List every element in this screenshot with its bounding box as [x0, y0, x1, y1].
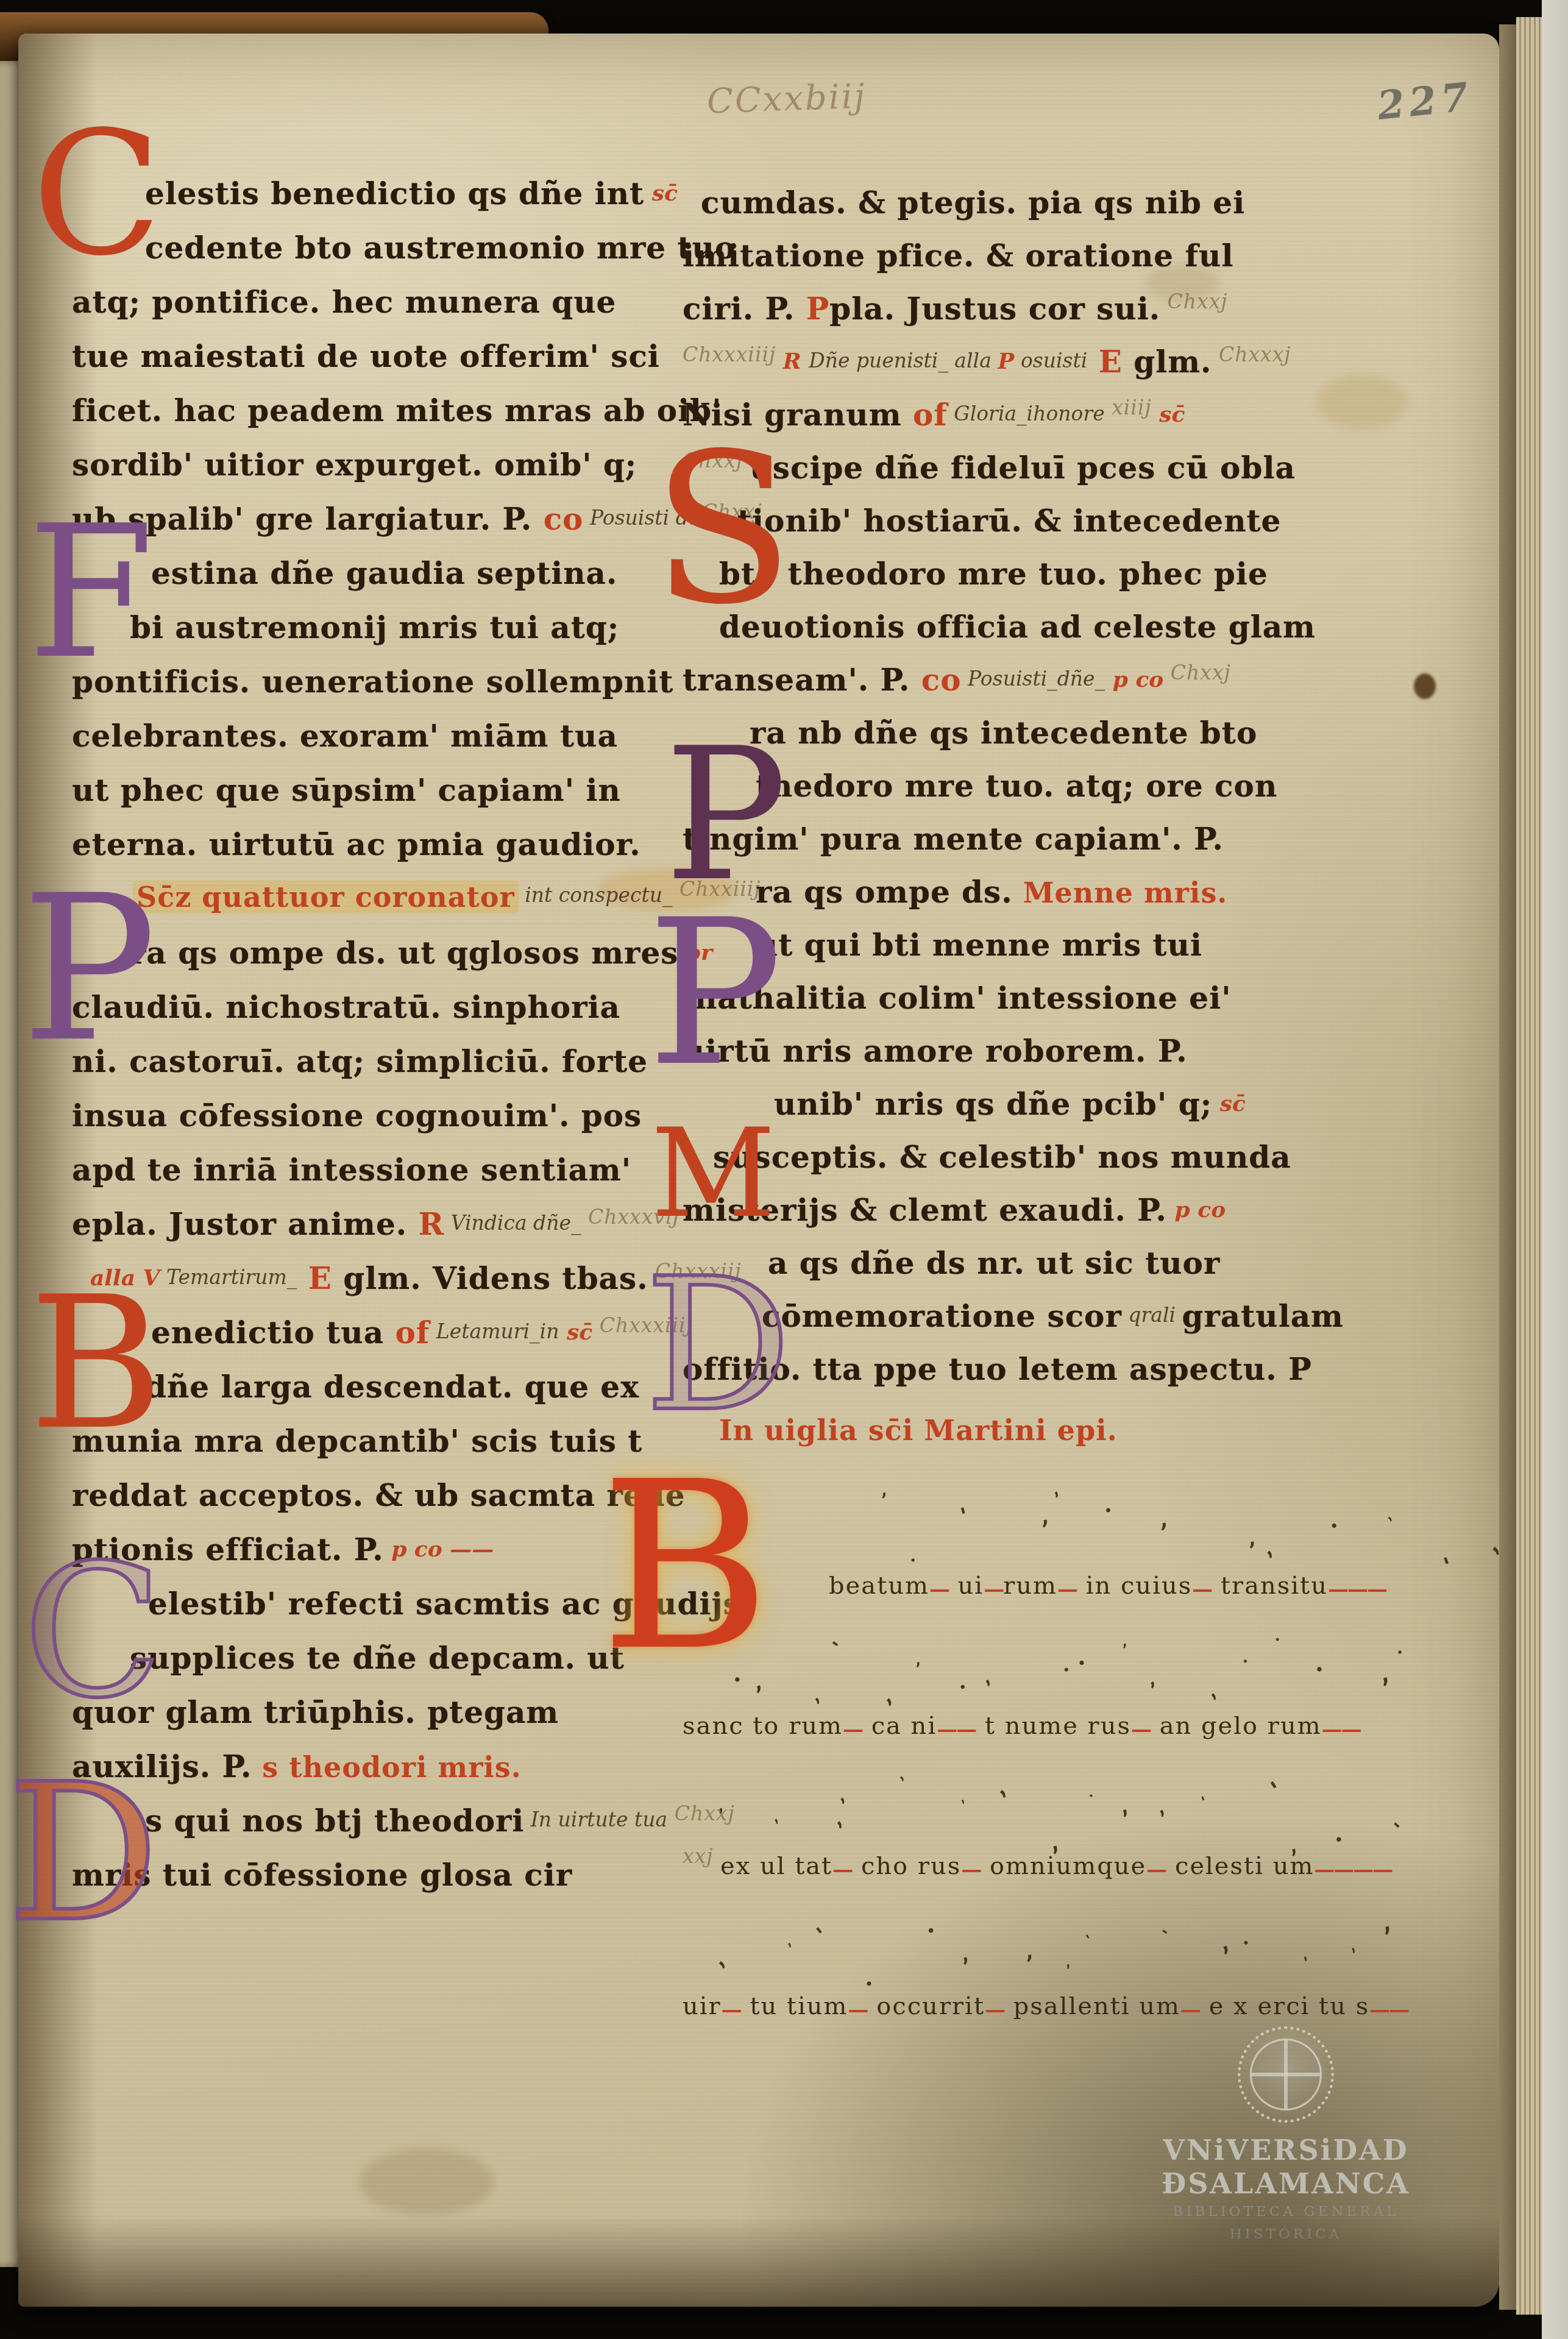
text-segment: — [722, 1998, 741, 2022]
neume-mark: , [955, 1942, 971, 1968]
text-line: cedente bto austremonio mre tuo [72, 231, 687, 285]
text-segment: apd te inriā intessione sentiam' [72, 1152, 631, 1188]
neume-mark: ’ [1385, 1514, 1403, 1528]
text-segment: ———— [1314, 1858, 1392, 1882]
text-segment: omniumque [981, 1852, 1146, 1880]
text-line: mris tui cōfessione glosa cir [72, 1858, 687, 1912]
text-line: ra qs ompe ds. ut qglosos mres or [72, 936, 687, 990]
text-segment: ut phec que sūpsim' capiam' in [72, 772, 621, 808]
text-segment: —— [1369, 1998, 1408, 2022]
text-segment: ——— [1328, 1577, 1386, 1602]
library-stamp: VNiVERSiDAD ÐSALAMANCA BIBLIOTECA GENERA… [1115, 2026, 1456, 2246]
text-segment: insua cōfessione cognouim'. pos [72, 1098, 642, 1134]
text-segment: transeam'. P. [683, 662, 910, 698]
text-line: ra qs ompe ds. Menne mris. [683, 875, 1536, 928]
text-segment: of [902, 397, 948, 433]
text-segment: psallenti um [1004, 1992, 1180, 2020]
text-segment: cedente bto austremonio mre tuo [145, 230, 736, 266]
neume-mark: . [1316, 1510, 1343, 1533]
text-line: unib' nris qs dñe pcib' q; sc̄ [683, 1087, 1536, 1140]
page-edge-stack [1516, 17, 1542, 2315]
text-segment: tu tium [741, 1992, 848, 2020]
neume-mark: ' [812, 1923, 833, 1948]
text-segment: sc̄ [644, 180, 678, 206]
text-segment: p co —— [384, 1536, 494, 1562]
neume-mark: ʼ [1023, 1950, 1037, 1979]
text-segment: sc̄ [1212, 1091, 1246, 1116]
neume-mark: ʼ [1262, 1547, 1288, 1571]
neume-mark: ʼ [1051, 1488, 1068, 1510]
neume-mark: ’ [959, 1797, 973, 1812]
neume-mark: ʼ [1146, 1678, 1164, 1703]
text-segment: — [1180, 1998, 1200, 2022]
illuminated-initial: B [600, 1472, 770, 1662]
text-segment: celebrantes. exoram' miām tua [72, 718, 618, 754]
text-segment: supplices te dñe depcam. ut [130, 1640, 625, 1676]
text-line: quor glam triūphis. ptegam [72, 1695, 687, 1750]
neume-mark: ' [1159, 1926, 1178, 1942]
neume-mark: , [1199, 1683, 1221, 1702]
manuscript-page: CCxxbiij 227 elestis benedictio qs dñe i… [18, 34, 1499, 2307]
text-segment: E [297, 1260, 332, 1296]
text-line: Nisi granum of Gloria_ihonore xiiij sc̄ [683, 398, 1536, 451]
neume-mark: ’ [880, 1489, 891, 1511]
fore-edge-surface [1542, 0, 1568, 2339]
text-segment: glm. Videns tbas. [332, 1260, 648, 1296]
neume-mark: , [1157, 1505, 1169, 1533]
text-segment: — [1057, 1577, 1077, 1602]
neume-mark: . [910, 1915, 940, 1939]
illuminated-initial: P [647, 911, 782, 1076]
neume-mark: , [984, 1778, 1010, 1800]
page-bottom-shadow [18, 2215, 1499, 2307]
text-segment: ciri. P. [683, 291, 795, 327]
text-segment: Chxxxiiij [683, 343, 783, 366]
neume-mark: . [1084, 1785, 1096, 1801]
text-line: susceptis. & celestib' nos munda [683, 1140, 1536, 1193]
text-segment: t [976, 1712, 1005, 1740]
text-segment: xxj [683, 1844, 720, 1868]
neume-mark: · [1329, 1825, 1349, 1855]
text-line: pontificis. ueneratione sollempnit [72, 665, 687, 719]
text-line: ut qui bti menne mris tui [683, 928, 1536, 981]
text-line: s qui nos btj theodori In uirtute tua Ch… [72, 1804, 687, 1858]
text-line: offitio. tta ppe tuo letem aspectu. P [683, 1352, 1536, 1405]
text-segment: p co [1167, 1197, 1226, 1223]
text-segment: reddat acceptos. & ub sacmta redē [72, 1477, 685, 1513]
text-segment: pontificis. ueneratione sollempnit [72, 664, 673, 700]
text-segment: ni. castoruī. atq; simpliciū. forte [72, 1043, 648, 1079]
text-segment: Letamuri_in [430, 1319, 559, 1343]
chant-line: ʼ’,,ʼ’,,.ʼ,'',·'xxj ex ul tat— cho rus— … [683, 1762, 1536, 1903]
manuscript-photo: CCxxbiij 227 elestis benedictio qs dñe i… [0, 0, 1568, 2339]
text-segment: rum [1003, 1572, 1057, 1600]
neume-mark: , [1212, 1929, 1233, 1957]
text-segment: occurrit [868, 1992, 985, 2020]
text-line: ub spalib' gre largiatur. P. co Posuisti… [72, 502, 687, 556]
text-line: auxilijs. P. s theodori mris. [72, 1750, 687, 1804]
stamp-institution-line2: ÐSALAMANCA [1115, 2167, 1456, 2201]
text-line: transeam'. P. co Posuisti_dñe_ p co Chxx… [683, 663, 1536, 716]
neume-mark: · [1054, 1661, 1078, 1680]
neume-mark: , [1037, 1502, 1050, 1530]
text-segment: estina dñe gaudia septina. [151, 555, 617, 591]
text-segment: P [795, 291, 829, 327]
page-edge-gap [1499, 24, 1516, 2310]
text-line: misterijs & clemt exaudi. P. p co [683, 1193, 1536, 1246]
text-line: thedoro mre tuo. atq; ore con [683, 769, 1536, 822]
text-segment: qrali [1122, 1303, 1182, 1327]
neume-mark: · [1238, 1652, 1253, 1671]
text-segment: pla. Justus cor sui. [829, 291, 1160, 327]
neume-mark: · [954, 1675, 971, 1700]
text-line: eterna. uirtutū ac pmia gaudior. [72, 828, 687, 882]
neume-mark: , [1149, 1797, 1168, 1819]
chant-line: .ʼ’'ʼʼ·’·.’ʼ,···,.sanc to rum— ca ni—— t… [683, 1622, 1536, 1762]
text-line: apd te inriā intessione sentiam' [72, 1153, 687, 1207]
text-line: ut phec que sūpsim' capiam' in [72, 773, 687, 828]
text-segment: — [848, 1998, 868, 2022]
neume-mark: · [1101, 1496, 1116, 1524]
illuminated-initial: S [652, 445, 794, 615]
text-line: cumdas. & ptegis. pia qs nib ei [683, 186, 1536, 239]
text-segment: bi austremonij mris tui atq; [130, 609, 619, 645]
neume-mark: ' [1441, 1552, 1457, 1580]
neume-mark: ' [1083, 1931, 1096, 1948]
text-segment: susceptis. & celestib' nos munda [713, 1139, 1291, 1175]
neume-mark: ʼ [897, 1774, 916, 1789]
neume-mark: ’ [981, 1675, 1003, 1698]
text-segment: — [843, 1717, 862, 1742]
text-line: enedictio tua of Letamuri_in sc̄ Chxxxii… [72, 1316, 687, 1370]
text-line: ni. castoruī. atq; simpliciū. forte [72, 1045, 687, 1099]
text-line: elestib' refecti sacmtis ac gaudijs [72, 1587, 687, 1641]
neume-mark: ' [958, 1502, 971, 1529]
text-segment: In uirtute tua [524, 1808, 667, 1831]
text-line: ciri. P. Ppla. Justus cor sui. Chxxj [683, 292, 1536, 345]
text-line: tingim' pura mente capiam'. P. [683, 822, 1536, 875]
text-segment: sordib' uitior expurget. omib' q; [72, 447, 637, 483]
text-segment: cōmemoratione scor [762, 1298, 1122, 1334]
chant-line: ,ʼ'..,ʼ’'',.',,uir— tu tium— occurrit— p… [683, 1903, 1536, 2043]
text-segment: of [384, 1315, 430, 1351]
text-segment: beatum [829, 1572, 929, 1600]
text-line: tue maiestati de uote offerim' sci [72, 339, 687, 394]
text-line: dñe larga descendat. que ex [72, 1370, 687, 1424]
text-segment: Temartirum_ [160, 1265, 297, 1289]
neume-mark: · [905, 1550, 921, 1571]
neume-mark: ʼ [913, 1658, 924, 1680]
text-segment: Dñe puenisti_ alla [809, 349, 998, 372]
text-segment: — [1131, 1717, 1151, 1742]
text-column-right: cumdas. & ptegis. pia qs nib eiimitation… [683, 186, 1536, 2043]
text-line: munia mra depcantib' scis tuis t [72, 1424, 687, 1478]
chant-line: ’·',ʼ·,’ʼ.’','beatum— ui—rum— in cuius— … [683, 1482, 1536, 1622]
text-segment: eterna. uirtutū ac pmia gaudior. [72, 826, 641, 862]
text-segment: sanc to rum [683, 1712, 843, 1740]
neume-mark: , [1343, 1937, 1358, 1954]
neume-mark: · [1271, 1630, 1285, 1649]
text-line: atq; pontifice. hec munera que [72, 285, 687, 339]
text-line: bi austremonij mris tui atq; [72, 611, 687, 665]
university-seal-icon [1238, 2026, 1334, 2123]
text-line: insua cōfessione cognouim'. pos [72, 1099, 687, 1153]
illuminated-initial: P [21, 887, 157, 1052]
text-segment: co [532, 501, 583, 537]
neume-mark: ' [1199, 1793, 1209, 1811]
text-line: cōmemoratione scor qrali gratulam [683, 1299, 1536, 1352]
text-segment: epla. Justor anime. [72, 1206, 407, 1242]
text-segment: s qui nos btj theodori [145, 1803, 524, 1839]
text-segment: — [1192, 1577, 1211, 1602]
text-line: ficet. hac peadem mites mras ab oib' [72, 394, 687, 448]
text-segment: enedictio tua [151, 1315, 384, 1351]
text-line: ptionis efficiat. P. p co —— [72, 1533, 687, 1587]
text-segment: R [407, 1206, 444, 1242]
illuminated-initial: P [664, 740, 787, 890]
text-line: Chxxj uscipe dñe fideluī pces cū obla [683, 451, 1536, 504]
neume-mark: ’ [1247, 1536, 1260, 1564]
text-segment: ra qs ompe ds. ut qglosos mres [130, 935, 678, 971]
illuminated-initial: D [7, 1776, 159, 1931]
text-segment: elestis benedictio qs dñe int [145, 176, 644, 211]
text-line: Chxxxiiij R Dñe puenisti_ alla P osuisti… [683, 345, 1536, 398]
text-segment: nume rus [1005, 1712, 1131, 1740]
neume-mark: , [1374, 1658, 1393, 1689]
neume-mark: · [1307, 1656, 1333, 1683]
neume-mark: ' [1266, 1775, 1288, 1804]
text-segment: co [910, 662, 961, 698]
neume-mark: ’ [1121, 1640, 1131, 1659]
text-segment: — [985, 1998, 1004, 2022]
text-line: In uiglia sc̄i Martini epi. [683, 1405, 1536, 1482]
illuminated-initial: M [651, 1124, 776, 1224]
text-line: epla. Justor anime. R Vindica dñe_ Chxxx… [72, 1207, 687, 1262]
text-segment: s theodori mris. [252, 1751, 521, 1784]
neume-mark: , [830, 1786, 848, 1806]
text-line: ra nb dñe qs intecedente bto [683, 716, 1536, 769]
text-segment: unib' nris qs dñe pcib' q; [774, 1086, 1212, 1122]
text-segment: ra nb dñe qs intecedente bto [750, 715, 1257, 751]
parchment-stain [360, 2148, 494, 2215]
illuminated-initial: D [645, 1271, 792, 1421]
text-segment: ra qs ompe ds. [756, 874, 1013, 910]
text-line: reddat acceptos. & ub sacmta redē [72, 1478, 687, 1533]
text-segment: cho rus [852, 1852, 961, 1880]
text-line: nathalitia colim' intessione ei' [683, 981, 1536, 1034]
text-segment: sc̄ [1152, 402, 1185, 427]
text-segment: Menne mris. [1013, 876, 1228, 909]
text-segment: Sc̄z quattuor coronator [133, 881, 519, 914]
text-segment: —— [937, 1717, 976, 1742]
text-segment: tue maiestati de uote offerim' sci [72, 338, 660, 374]
text-segment: a qs dñe ds nr. ut sic tuor [768, 1245, 1220, 1281]
text-segment: P [998, 349, 1014, 374]
text-line: elestis benedictio qs dñe int sc̄ [72, 177, 687, 231]
neume-mark: ’ [771, 1815, 789, 1833]
text-segment: E [1087, 344, 1123, 380]
stamp-institution-line1: VNiVERSiDAD [1115, 2134, 1456, 2167]
text-segment: ut qui bti menne mris tui [756, 927, 1202, 963]
text-segment: in cuius [1077, 1572, 1192, 1600]
text-line: sordib' uitior expurget. omib' q; [72, 448, 687, 502]
text-segment: dñe larga descendat. que ex [145, 1369, 639, 1405]
text-line: tionib' hostiarū. & intecedente [683, 504, 1536, 557]
text-segment: Chxxxj [1211, 343, 1291, 366]
illuminated-initial: C [32, 125, 162, 265]
illuminated-initial: B [29, 1289, 163, 1439]
neume-mark: , [703, 1950, 729, 1970]
text-segment: gratulam [1182, 1298, 1343, 1334]
neume-mark: ' [1302, 1953, 1311, 1972]
illuminated-initial: F [27, 518, 154, 668]
text-segment: sc̄ [559, 1319, 592, 1345]
neume-mark: ' [828, 1637, 851, 1655]
text-segment: ui [949, 1572, 984, 1600]
text-segment: p co [1105, 667, 1163, 692]
text-segment: — [832, 1858, 852, 1882]
text-segment: Gloria_ihonore [948, 402, 1105, 425]
text-line: imitatione pfice. & oratione ful [683, 239, 1536, 292]
text-line: Sc̄z quattuor coronator int conspectu_ C… [72, 882, 687, 936]
illuminated-initial: C [23, 1557, 163, 1707]
text-line: claudiū. nichostratū. sinphoria [72, 990, 687, 1045]
text-line: supplices te dñe depcam. ut [72, 1641, 687, 1695]
text-segment: an gelo rum [1151, 1712, 1322, 1740]
text-line: deuotionis officia ad celeste glam [683, 610, 1536, 663]
text-segment: thedoro mre tuo. atq; ore con [756, 768, 1277, 804]
neume-mark: ʼ [784, 1940, 801, 1956]
neume-mark: . [1386, 1640, 1406, 1658]
neume-mark: , [825, 1808, 846, 1831]
text-segment: — [961, 1858, 981, 1882]
text-segment: tionib' hostiarū. & intecedente [737, 503, 1281, 539]
text-segment: transitu [1211, 1572, 1328, 1600]
text-segment: Posuisti_dñe_ [962, 667, 1105, 690]
text-column-left: elestis benedictio qs dñe int sc̄cedente… [72, 177, 687, 1912]
text-segment: — [929, 1577, 949, 1602]
text-line: a qs dñe ds nr. ut sic tuor [683, 1246, 1536, 1299]
text-line: bto theodoro mre tuo. phec pie [683, 557, 1536, 610]
text-segment: ficet. hac peadem mites mras ab oib' [72, 392, 722, 428]
text-segment: glm. [1123, 344, 1212, 380]
text-segment: e x erci tu s [1200, 1992, 1369, 2020]
text-line: uirtū nris amore roborem. P. [683, 1034, 1536, 1087]
text-segment: —— [1322, 1717, 1361, 1742]
text-line: celebrantes. exoram' miām tua [72, 719, 687, 773]
pencil-page-number: 227 [1375, 77, 1475, 126]
text-segment: Chxxj [1160, 289, 1227, 313]
text-segment: Vindica dñe_ [444, 1211, 581, 1235]
text-segment: uir [683, 1992, 722, 2020]
text-segment: xiiij [1105, 396, 1152, 419]
neume-mark: ʼ [715, 1805, 731, 1825]
text-segment: cumdas. & ptegis. pia qs nib ei [701, 185, 1245, 221]
text-segment: R [783, 349, 809, 374]
text-segment: imitatione pfice. & oratione ful [683, 238, 1233, 274]
text-segment: ex ul tat [720, 1852, 832, 1880]
text-segment: uscipe dñe fideluī pces cū obla [750, 450, 1295, 486]
neume-mark: ʼ [1118, 1805, 1138, 1834]
text-segment: bto theodoro mre tuo. phec pie [719, 556, 1268, 592]
text-line: estina dñe gaudia septina. [72, 556, 687, 611]
neume-mark: , [1377, 1907, 1394, 1937]
seal-crest-icon [1250, 2039, 1322, 2110]
neume-mark: ’ [1063, 1961, 1076, 1979]
folio-number-roman: CCxxbiij [706, 79, 867, 119]
text-segment: — [1146, 1858, 1166, 1882]
neume-mark: ' [1390, 1818, 1411, 1839]
neume-mark: . [1231, 1929, 1252, 1950]
text-segment: Chxxj [1163, 661, 1230, 684]
neume-mark: . [1071, 1644, 1088, 1672]
text-segment: — [984, 1577, 1003, 1602]
text-segment: osuisti [1014, 349, 1087, 372]
text-line: alla V Temartirum_ E glm. Videns tbas. C… [72, 1262, 687, 1316]
text-segment: deuotionis officia ad celeste glam [719, 609, 1316, 645]
neume-mark: . [860, 1963, 874, 1992]
